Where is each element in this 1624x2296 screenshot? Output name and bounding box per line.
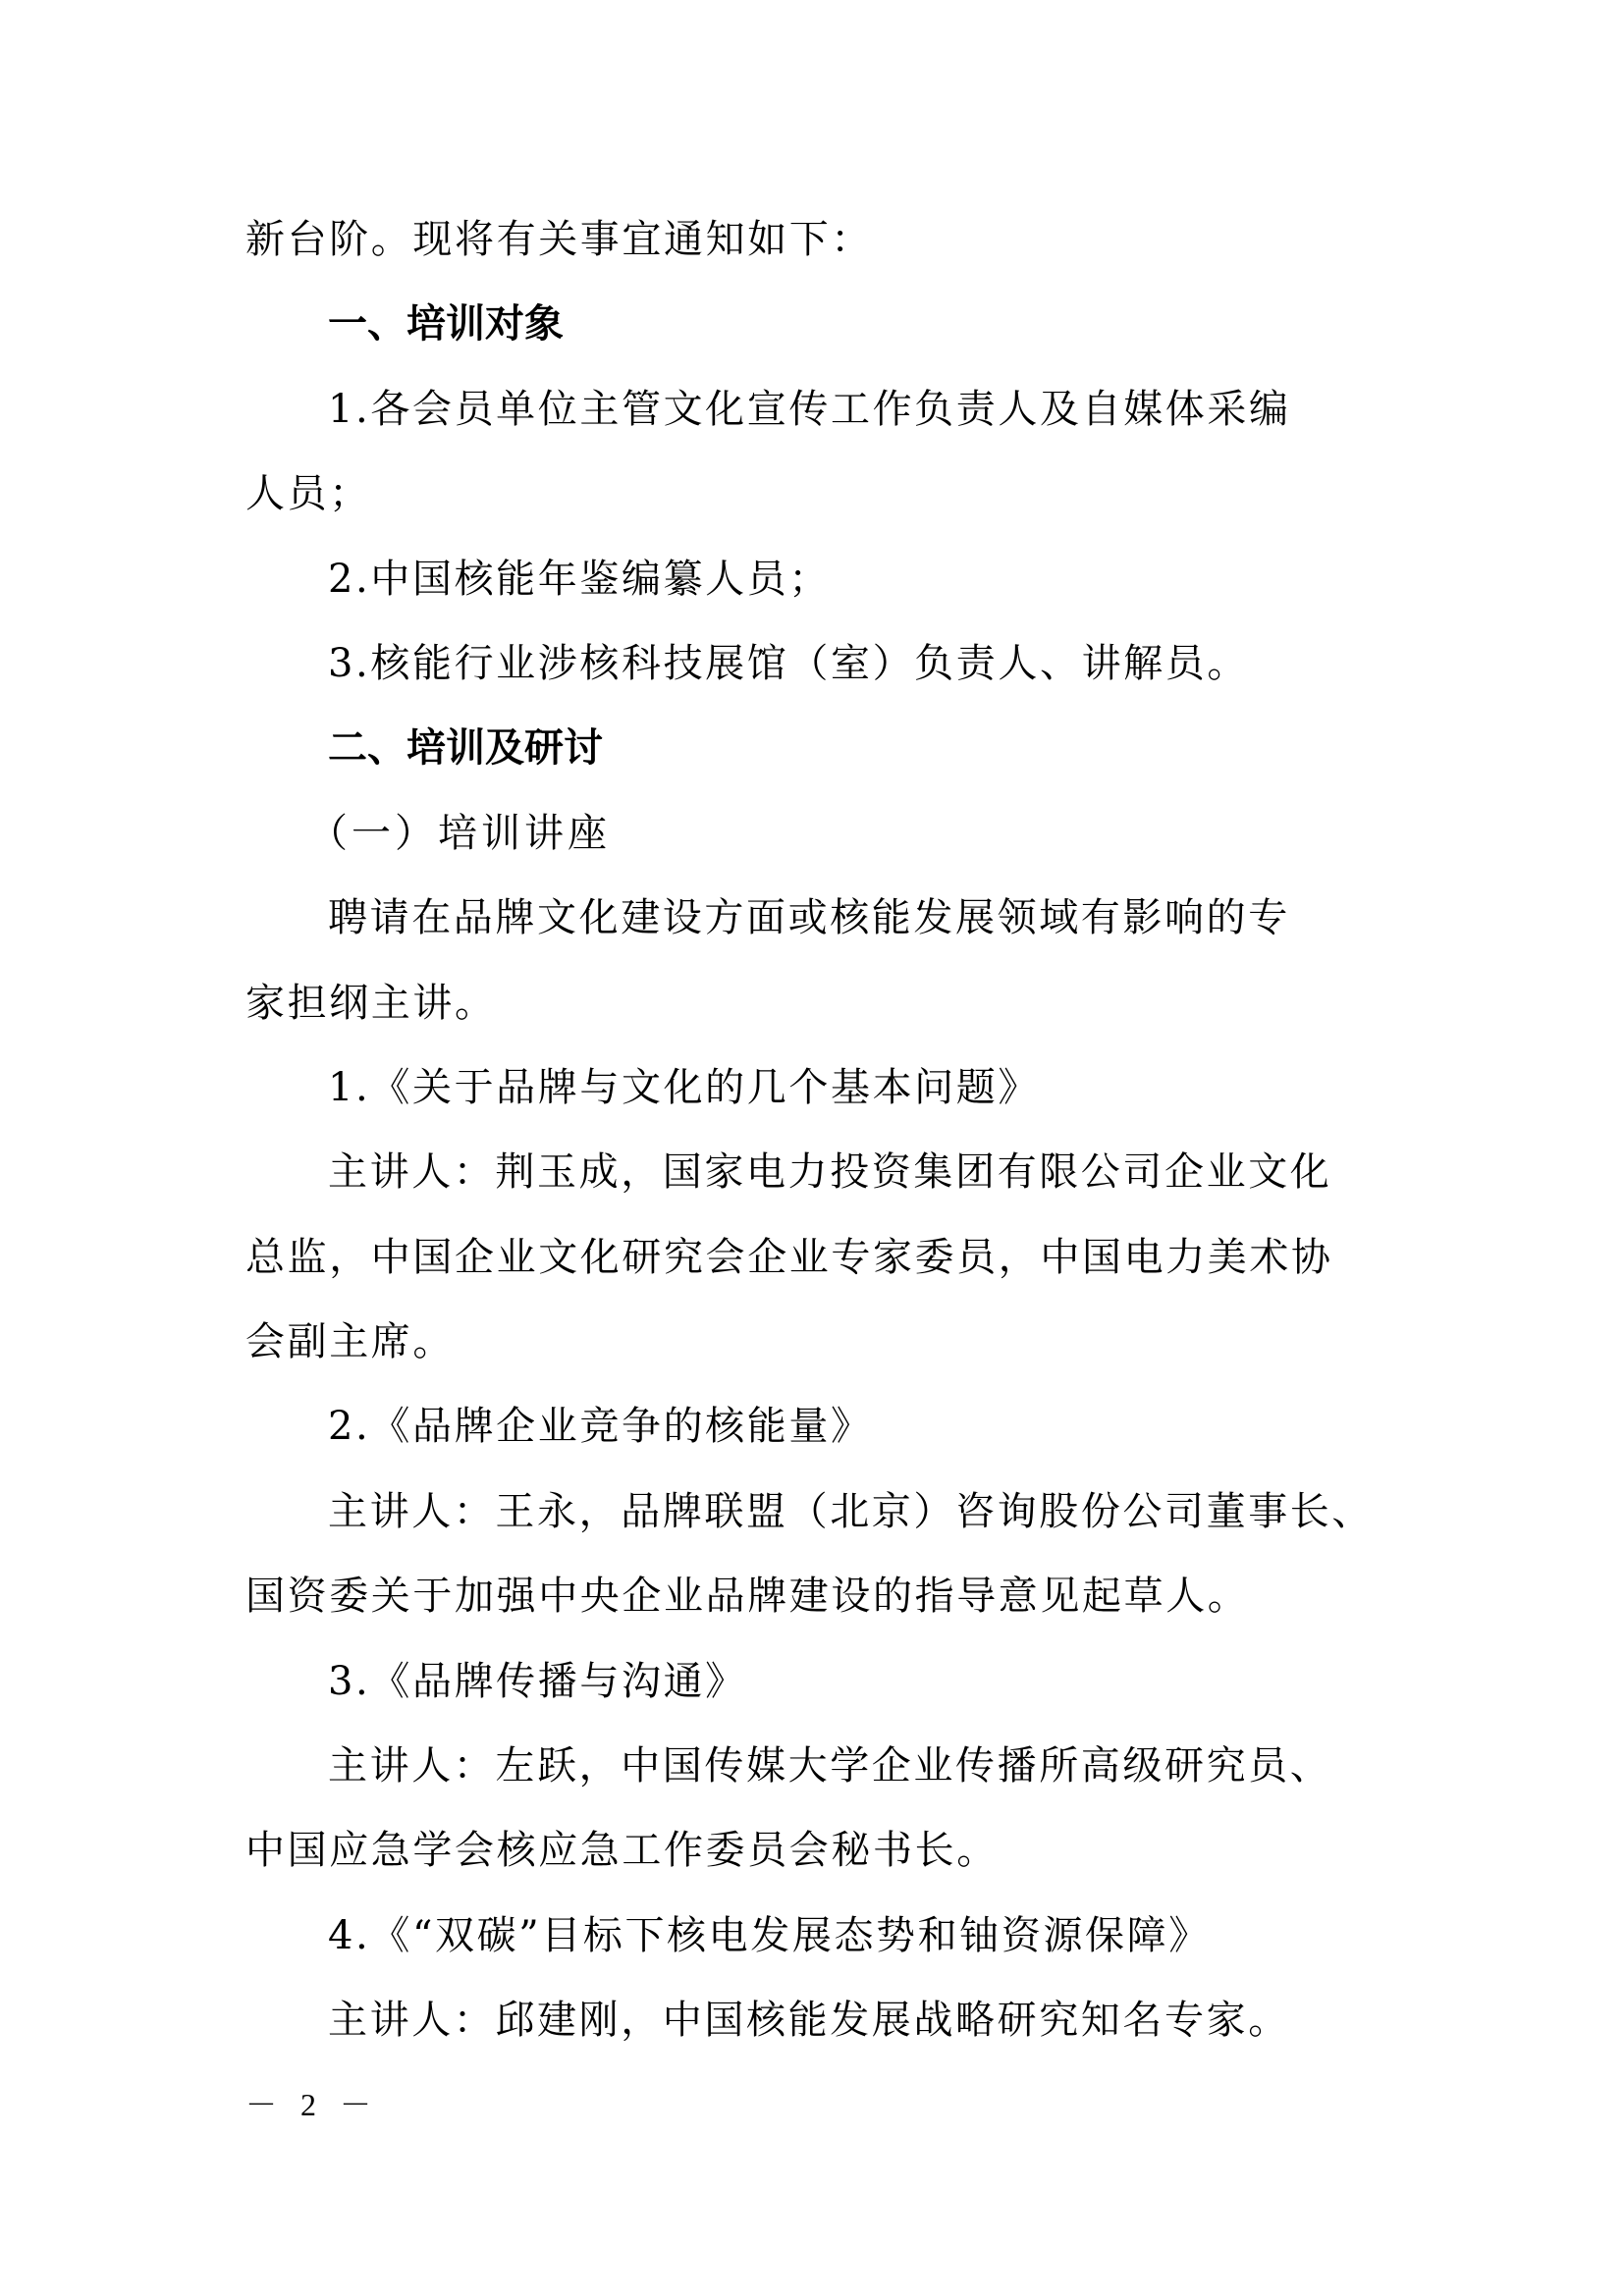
lecture-3-speaker: 主讲人：左跃，中国传媒大学企业传播所高级研究员、 [245, 1736, 1377, 1821]
document-body: 新台阶。现将有关事宜通知如下： 一、培训对象 1.各会员单位主管文化宣传工作负责… [245, 210, 1377, 2076]
lecture-1-speaker: 主讲人：荆玉成，国家电力投资集团有限公司企业文化 [245, 1143, 1377, 1227]
section-heading-training-seminar: 二、培训及研讨 [245, 719, 1377, 803]
list-item-target-3: 3.核能行业涉核科技展馆（室）负责人、讲解员。 [245, 634, 1377, 719]
subsection-heading-lectures: （一）培训讲座 [245, 804, 1377, 888]
list-item-target-1: 1.各会员单位主管文化宣传工作负责人及自媒体采编 [245, 380, 1377, 464]
lecture-2-title: 2.《品牌企业竞争的核能量》 [245, 1397, 1377, 1481]
lecture-1-speaker-continued-2: 会副主席。 [245, 1312, 1377, 1397]
intro-line: 新台阶。现将有关事宜通知如下： [245, 210, 1377, 294]
lecture-2-speaker: 主讲人：王永，品牌联盟（北京）咨询股份公司董事长、 [245, 1482, 1377, 1567]
lecture-4-speaker: 主讲人：邱建刚，中国核能发展战略研究知名专家。 [245, 1991, 1377, 2075]
lectures-intro-continued: 家担纲主讲。 [245, 974, 1377, 1058]
lecture-2-speaker-continued: 国资委关于加强中央企业品牌建设的指导意见起草人。 [245, 1567, 1377, 1651]
lecture-1-title: 1.《关于品牌与文化的几个基本问题》 [245, 1058, 1377, 1143]
document-page: 新台阶。现将有关事宜通知如下： 一、培训对象 1.各会员单位主管文化宣传工作负责… [0, 0, 1624, 2296]
lecture-4-title: 4.《“双碳”目标下核电发展态势和铀资源保障》 [245, 1906, 1377, 1991]
lecture-1-speaker-continued: 总监，中国企业文化研究会企业专家委员，中国电力美术协 [245, 1228, 1377, 1312]
lecture-3-speaker-continued: 中国应急学会核应急工作委员会秘书长。 [245, 1821, 1377, 1905]
lectures-intro: 聘请在品牌文化建设方面或核能发展领域有影响的专 [245, 888, 1377, 973]
page-number: － 2 － [245, 2085, 379, 2124]
lecture-3-title: 3.《品牌传播与沟通》 [245, 1652, 1377, 1736]
list-item-target-2: 2.中国核能年鉴编纂人员； [245, 550, 1377, 634]
section-heading-training-targets: 一、培训对象 [245, 294, 1377, 379]
list-item-target-1-continued: 人员； [245, 464, 1377, 549]
